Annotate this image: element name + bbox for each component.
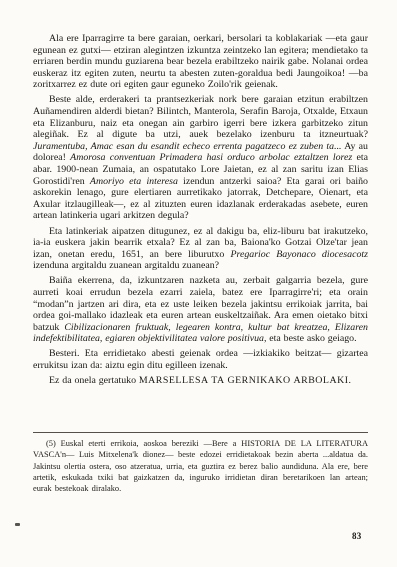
page-number: 83	[352, 531, 362, 541]
work-title: Juramentuba, Amac esan du esandit echeco…	[33, 141, 342, 152]
text-run: , eta beste asko geiago.	[264, 333, 357, 344]
text-run: Ala ere Iparragirre ta bere garaian, oer…	[33, 33, 368, 90]
text-run: Besteri. Eta erridietako abesti geienak …	[33, 348, 368, 371]
text-run: izenduna argitaldu zuanean argitaldu zua…	[33, 260, 219, 271]
print-artifact-mark	[15, 523, 20, 526]
footnote-separator-rule	[33, 432, 368, 433]
work-title: Pregarioc Bayonaco diocesacotz	[230, 249, 368, 260]
paragraph: Besteri. Eta erridietako abesti geienak …	[33, 348, 368, 371]
text-run: Beste alde, erderakeri ta prantsezkeriak…	[33, 94, 368, 140]
work-title: Amoriyo eta interesa	[90, 176, 178, 187]
text-run: MARSELLESA TA GERNIKAKO ARBOLAKI.	[139, 375, 352, 386]
scanned-page: Ala ere Iparragirre ta bere garaian, oer…	[0, 0, 397, 567]
paragraph: Baiña ekerrena, da, izkuntzaren nazketa …	[33, 275, 368, 345]
paragraph: Beste alde, erderakeri ta prantsezkeriak…	[33, 94, 368, 222]
text-run: (5) Euskal eterti errikoia, aoskoa berez…	[33, 439, 368, 493]
work-title: Amorosa conventuan Primadera hasi orduco…	[70, 152, 352, 163]
paragraph: Eta latinkeriak aipatzen ditugunez, ez a…	[33, 226, 368, 272]
footnote: (5) Euskal eterti errikoia, aoskoa berez…	[33, 438, 368, 494]
text-run: Ez da onela gertatuko	[49, 375, 139, 386]
page-body: Ala ere Iparragirre ta bere garaian, oer…	[33, 33, 368, 387]
paragraph: Ala ere Iparragirre ta bere garaian, oer…	[33, 33, 368, 91]
paragraph: Ez da onela gertatuko MARSELLESA TA GERN…	[33, 375, 368, 387]
